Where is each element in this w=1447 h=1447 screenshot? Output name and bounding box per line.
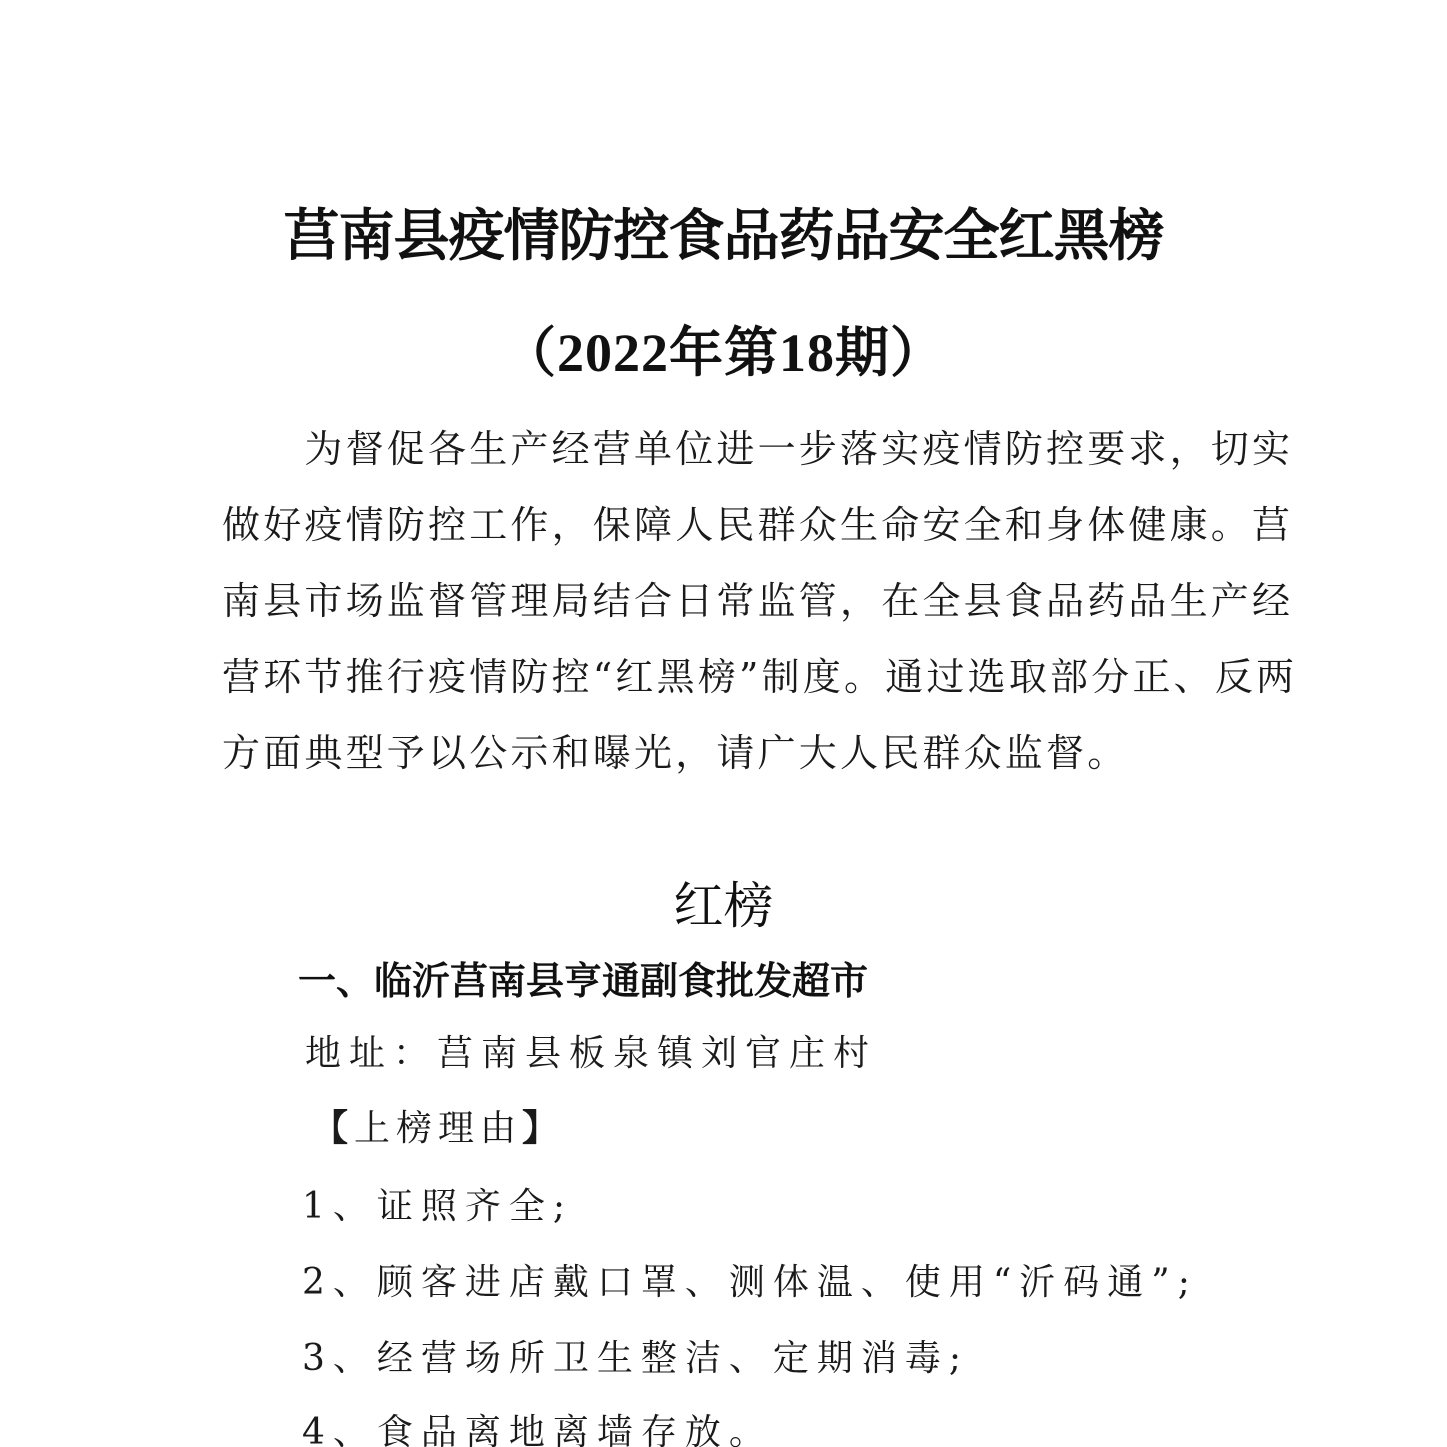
reason-label: 【上榜理由】	[312, 1100, 564, 1151]
bracket-close: 】	[522, 1107, 564, 1149]
reason-item: 1、证照齐全;	[302, 1178, 573, 1229]
issue-number: （2022年第18期）	[0, 310, 1447, 387]
intro-line: 南县市场监督管理局结合日常监管，在全县食品药品生产经	[222, 570, 1293, 625]
bracket-open: 【	[312, 1107, 354, 1149]
reason-item: 2、顾客进店戴口罩、测体温、使用“沂码通”;	[302, 1254, 1198, 1305]
item-address: 地址：莒南县板泉镇刘官庄村	[305, 1025, 877, 1076]
reason-item: 4、食品离地离墙存放。	[302, 1404, 773, 1447]
red-list-heading: 红榜	[0, 866, 1447, 938]
intro-line: 方面典型予以公示和曝光，请广大人民群众监督。	[222, 722, 1128, 777]
reason-item: 3、经营场所卫生整洁、定期消毒;	[302, 1330, 969, 1381]
intro-line: 做好疫情防控工作，保障人民群众生命安全和身体健康。莒	[222, 494, 1293, 549]
item-title: 一、临沂莒南县亨通副食批发超市	[298, 950, 868, 1005]
reason-label-text: 上榜理由	[354, 1108, 522, 1149]
intro-line: 营环节推行疫情防控“红黑榜”制度。通过选取部分正、反两	[222, 646, 1297, 701]
intro-line: 为督促各生产经营单位进一步落实疫情防控要求，切实	[222, 418, 1293, 473]
document-title: 莒南县疫情防控食品药品安全红黑榜	[0, 192, 1447, 272]
